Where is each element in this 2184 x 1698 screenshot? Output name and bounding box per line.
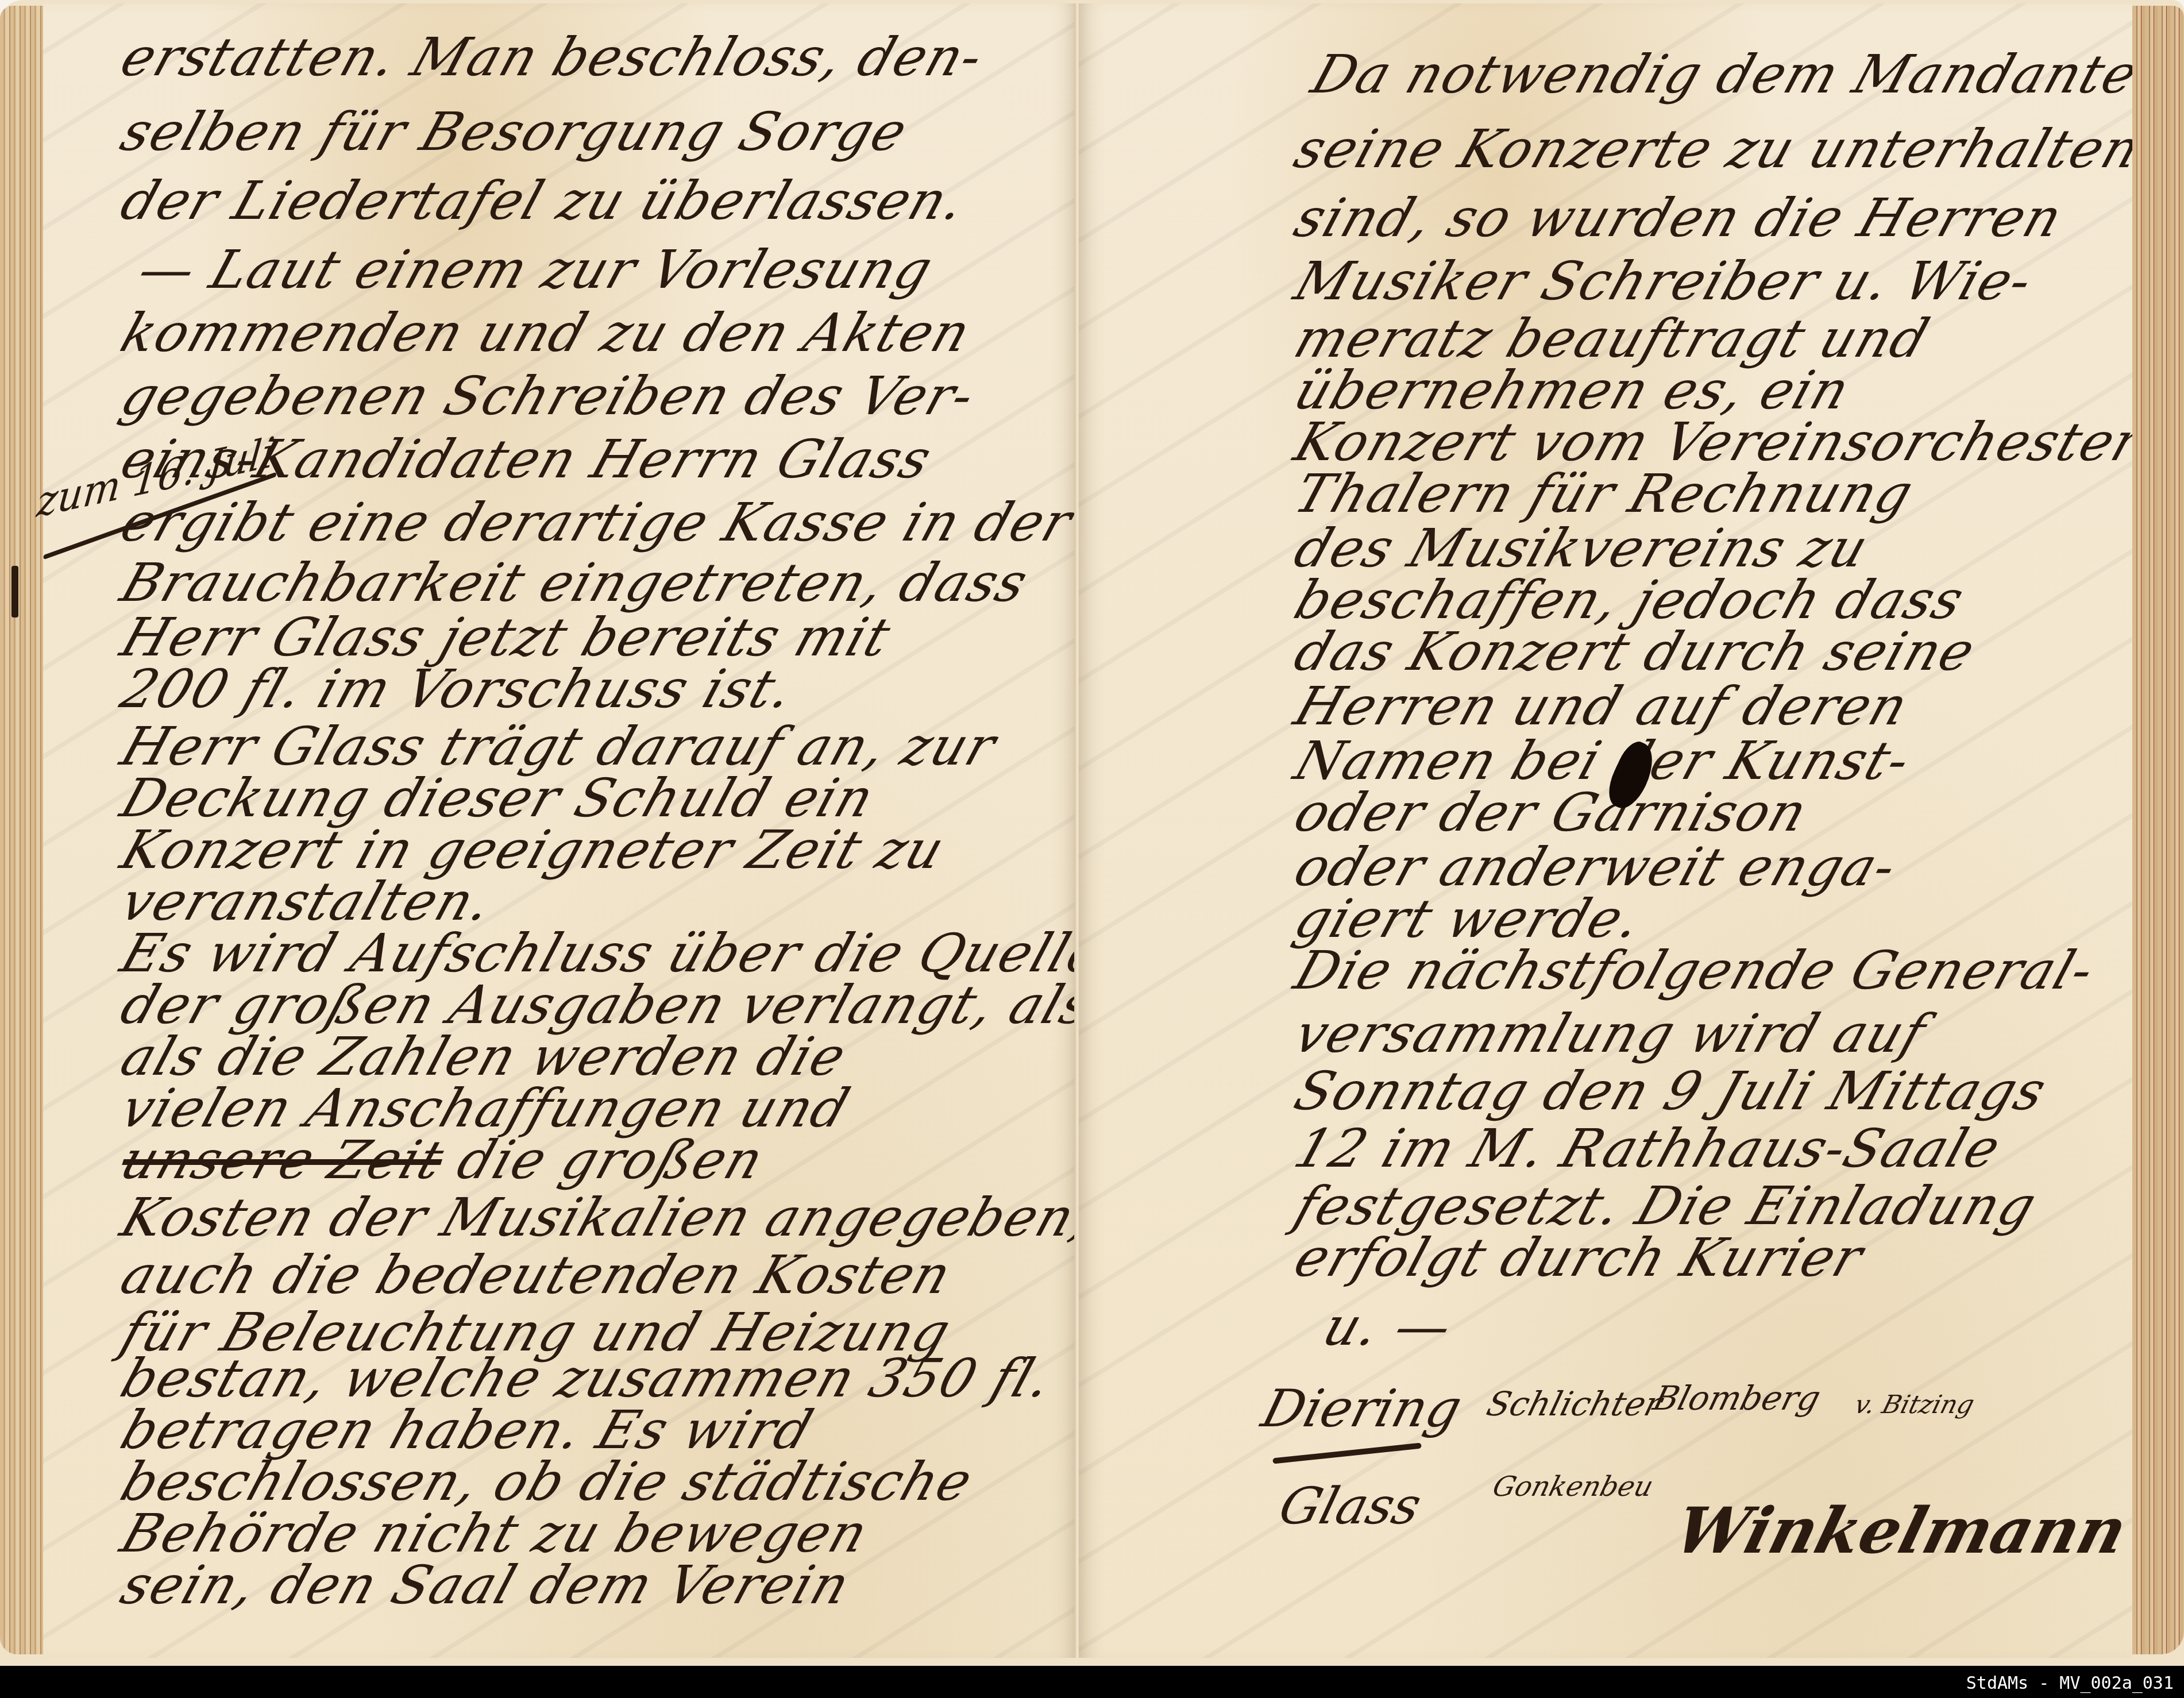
signature: Diering — [1256, 1379, 1468, 1439]
text-line: Da notwendig dem Mandanten — [1305, 44, 2132, 105]
text-line: — Laut einem zur Vorlesung — [131, 239, 941, 300]
struck-text: unsere Zeit — [114, 1129, 452, 1191]
caption-bar: StdAMs - MV_002a_031 — [0, 1666, 2184, 1698]
page-stack-left-edge — [0, 6, 43, 1654]
text-line: der Liedertafel zu überlassen. — [114, 170, 974, 231]
text-line: kommenden und zu den Akten — [114, 302, 979, 364]
text-line-with-strikeout: unsere Zeit die großen — [114, 1129, 772, 1191]
text-line: seine Konzerte zu unterhalten — [1287, 118, 2132, 180]
archive-label: StdAMs - MV_002a_031 — [1966, 1673, 2174, 1693]
text-line: Kosten der Musikalien angegeben, — [114, 1187, 1077, 1248]
text-line: 200 fl. im Vorschuss ist. — [114, 658, 802, 720]
text-line: 12 im M. Rathhaus-Saale — [1287, 1118, 2009, 1179]
signature: Glass — [1273, 1476, 1427, 1535]
signature: Gonkenbeu — [1489, 1471, 1657, 1503]
signature: Blomberg — [1649, 1379, 1825, 1418]
margin-mark — [11, 566, 18, 618]
text-line: selben für Besorgung Sorge — [114, 101, 916, 163]
text-line: das Konzert durch seine — [1287, 621, 1984, 682]
text-line: sein, den Saal dem Verein — [114, 1554, 858, 1616]
text-line: oder der Garnison — [1287, 782, 1816, 843]
text-line: Thalern für Rechnung — [1287, 463, 1921, 524]
text-line: Musiker Schreiber u. Wie- — [1287, 250, 2041, 312]
text-line: u. — — [1316, 1296, 1461, 1357]
text-fragment: die großen — [450, 1129, 771, 1191]
signature: Winkelmann — [1668, 1494, 2135, 1568]
text-line: Brauchbarkeit eingetreten, dass — [114, 552, 1036, 613]
signature: v. Bitzing — [1851, 1390, 1977, 1419]
text-line: versammlung wird auf — [1287, 1003, 1934, 1064]
page-stack-right-edge — [2132, 6, 2184, 1654]
text-line: Herren und auf deren — [1287, 676, 1916, 737]
signature: Schlichter — [1483, 1384, 1666, 1423]
left-page: erstatten. Man beschloss, den- selben fü… — [43, 3, 1077, 1658]
text-line: auch die bedeutenden Kosten — [114, 1244, 960, 1306]
text-line: Die nächstfolgende General- — [1287, 940, 2103, 1001]
text-line: gegebenen Schreiben des Ver- — [114, 365, 983, 427]
text-line: sind, so wurden die Herren — [1287, 187, 2071, 249]
text-line: erstatten. Man beschloss, den- — [114, 26, 992, 88]
left-page-text: erstatten. Man beschloss, den- selben fü… — [43, 3, 1077, 1658]
text-line: ergibt eine derartige Kasse in der — [114, 492, 1077, 553]
open-book: erstatten. Man beschloss, den- selben fü… — [0, 0, 2184, 1666]
text-line: Sonntag den 9 Juli Mittags — [1287, 1060, 2055, 1122]
text-line: erfolgt durch Kurier — [1287, 1227, 1872, 1288]
